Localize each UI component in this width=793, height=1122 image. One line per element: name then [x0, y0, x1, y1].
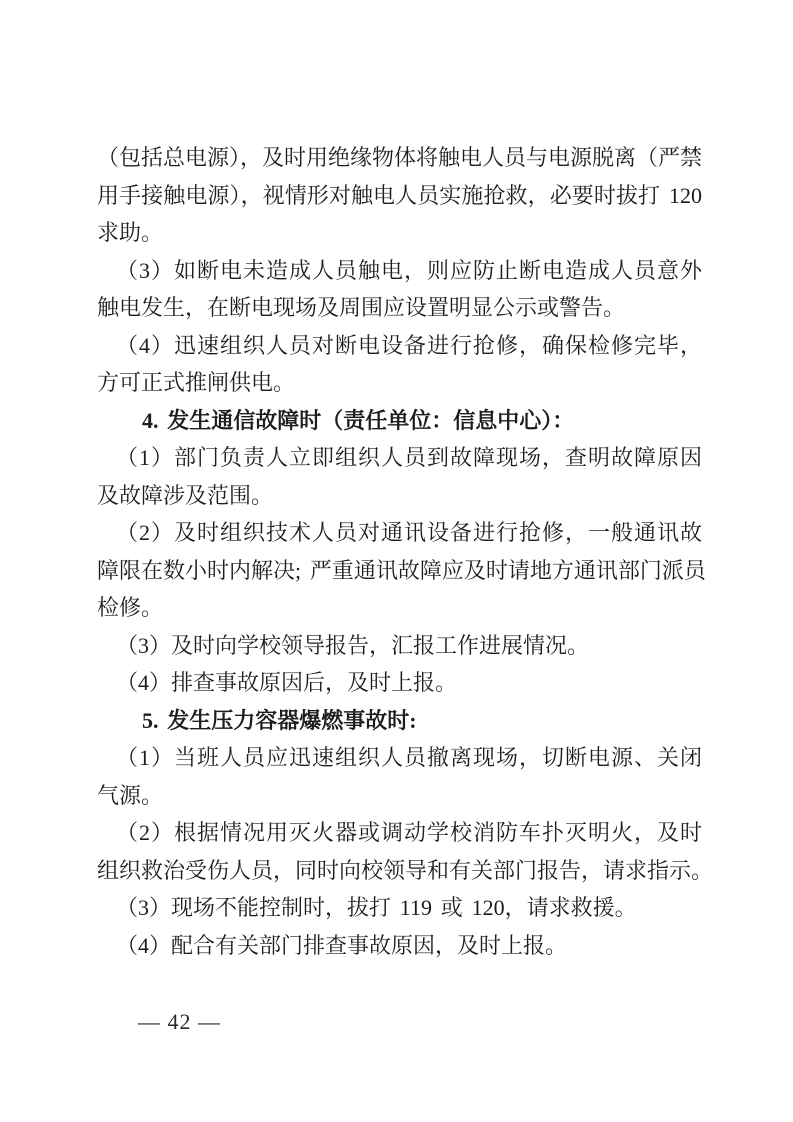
text-line: （2）根据情况用灭火器或调动学校消防车扑灭明火，及时: [97, 814, 702, 852]
section-heading: 5. 发生压力容器爆燃事故时:: [97, 702, 702, 740]
paragraph: （包括总电源），及时用绝缘物体将触电人员与电源脱离（严禁用手接触电源），视情形对…: [97, 139, 702, 252]
text-line: 触电发生，在断电现场及周围应设置明显公示或警告。: [97, 289, 702, 327]
text-line: （3）及时向学校领导报告，汇报工作进展情况。: [97, 627, 702, 665]
text-line: （1）当班人员应迅速组织人员撤离现场，切断电源、关闭: [97, 739, 702, 777]
paragraph: （2）根据情况用灭火器或调动学校消防车扑灭明火，及时组织救治受伤人员，同时向校领…: [97, 814, 702, 889]
document-body: （包括总电源），及时用绝缘物体将触电人员与电源脱离（严禁用手接触电源），视情形对…: [97, 139, 702, 964]
text-line: 组织救治受伤人员，同时向校领导和有关部门报告，请求指示。: [97, 852, 702, 890]
text-line: 用手接触电源），视情形对触电人员实施抢救，必要时拔打 120: [97, 177, 702, 215]
text-line: （2）及时组织技术人员对通讯设备进行抢修，一般通讯故: [97, 514, 702, 552]
paragraph: （1）当班人员应迅速组织人员撤离现场，切断电源、关闭气源。: [97, 739, 702, 814]
text-line: （1）部门负责人立即组织人员到故障现场，查明故障原因: [97, 439, 702, 477]
paragraph: （2）及时组织技术人员对通讯设备进行抢修，一般通讯故障限在数小时内解决; 严重通…: [97, 514, 702, 627]
text-line: 5. 发生压力容器爆燃事故时:: [97, 702, 702, 740]
text-line: 气源。: [97, 777, 702, 815]
paragraph: （3）及时向学校领导报告，汇报工作进展情况。: [97, 627, 702, 665]
text-line: 及故障涉及范围。: [97, 477, 702, 515]
paragraph: （4）排查事故原因后，及时上报。: [97, 664, 702, 702]
text-line: （3）如断电未造成人员触电，则应防止断电造成人员意外: [97, 252, 702, 290]
text-line: 求助。: [97, 214, 702, 252]
text-line: （包括总电源），及时用绝缘物体将触电人员与电源脱离（严禁: [97, 139, 702, 177]
paragraph: （3）现场不能控制时，拔打 119 或 120，请求救援。: [97, 889, 702, 927]
document-page: （包括总电源），及时用绝缘物体将触电人员与电源脱离（严禁用手接触电源），视情形对…: [0, 0, 793, 1122]
text-line: 方可正式推闸供电。: [97, 364, 702, 402]
text-line: （4）配合有关部门排查事故原因，及时上报。: [97, 927, 702, 965]
section-heading: 4. 发生通信故障时（责任单位：信息中心）：: [97, 402, 702, 440]
page-number: — 42 —: [138, 1009, 221, 1035]
text-line: （3）现场不能控制时，拔打 119 或 120，请求救援。: [97, 889, 702, 927]
text-line: 障限在数小时内解决; 严重通讯故障应及时请地方通讯部门派员: [97, 552, 702, 590]
paragraph: （4）配合有关部门排查事故原因，及时上报。: [97, 927, 702, 965]
paragraph: （3）如断电未造成人员触电，则应防止断电造成人员意外触电发生，在断电现场及周围应…: [97, 252, 702, 327]
text-line: （4）迅速组织人员对断电设备进行抢修，确保检修完毕，: [97, 327, 702, 365]
paragraph: （4）迅速组织人员对断电设备进行抢修，确保检修完毕，方可正式推闸供电。: [97, 327, 702, 402]
text-line: 4. 发生通信故障时（责任单位：信息中心）：: [97, 402, 702, 440]
text-line: （4）排查事故原因后，及时上报。: [97, 664, 702, 702]
paragraph: （1）部门负责人立即组织人员到故障现场，查明故障原因及故障涉及范围。: [97, 439, 702, 514]
text-line: 检修。: [97, 589, 702, 627]
